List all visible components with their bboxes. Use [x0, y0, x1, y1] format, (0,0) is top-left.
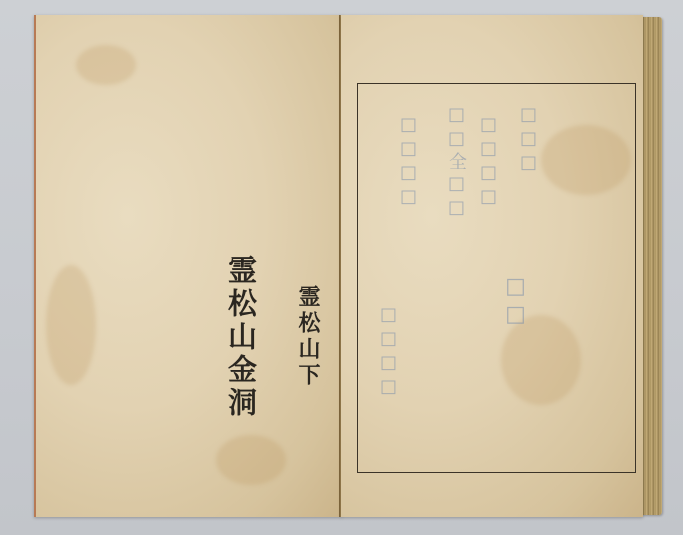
open-book: 霊松山下 霊松山金洞 □□□ □□□□ □□全□□ □□□□ □□ □□□□ — [34, 15, 662, 517]
pencil-marks: □□□□ — [378, 304, 399, 400]
inscription-main: 霊松山金洞 — [226, 255, 256, 420]
left-page: 霊松山下 霊松山金洞 — [34, 15, 342, 517]
pencil-marks: □□□□ — [398, 114, 419, 210]
right-page: □□□ □□□□ □□全□□ □□□□ □□ □□□□ — [341, 15, 643, 517]
stain — [76, 45, 136, 85]
stain — [46, 265, 96, 385]
pencil-marks: □□全□□ — [443, 104, 469, 221]
page-edges — [640, 17, 662, 515]
pencil-marks: □□ — [503, 274, 528, 330]
stain — [216, 435, 286, 485]
pencil-marks: □□□□ — [478, 114, 499, 210]
pencil-marks: □□□ — [518, 104, 539, 176]
printed-frame: □□□ □□□□ □□全□□ □□□□ □□ □□□□ — [357, 83, 636, 473]
inscription-sub: 霊松山下 — [296, 285, 320, 389]
